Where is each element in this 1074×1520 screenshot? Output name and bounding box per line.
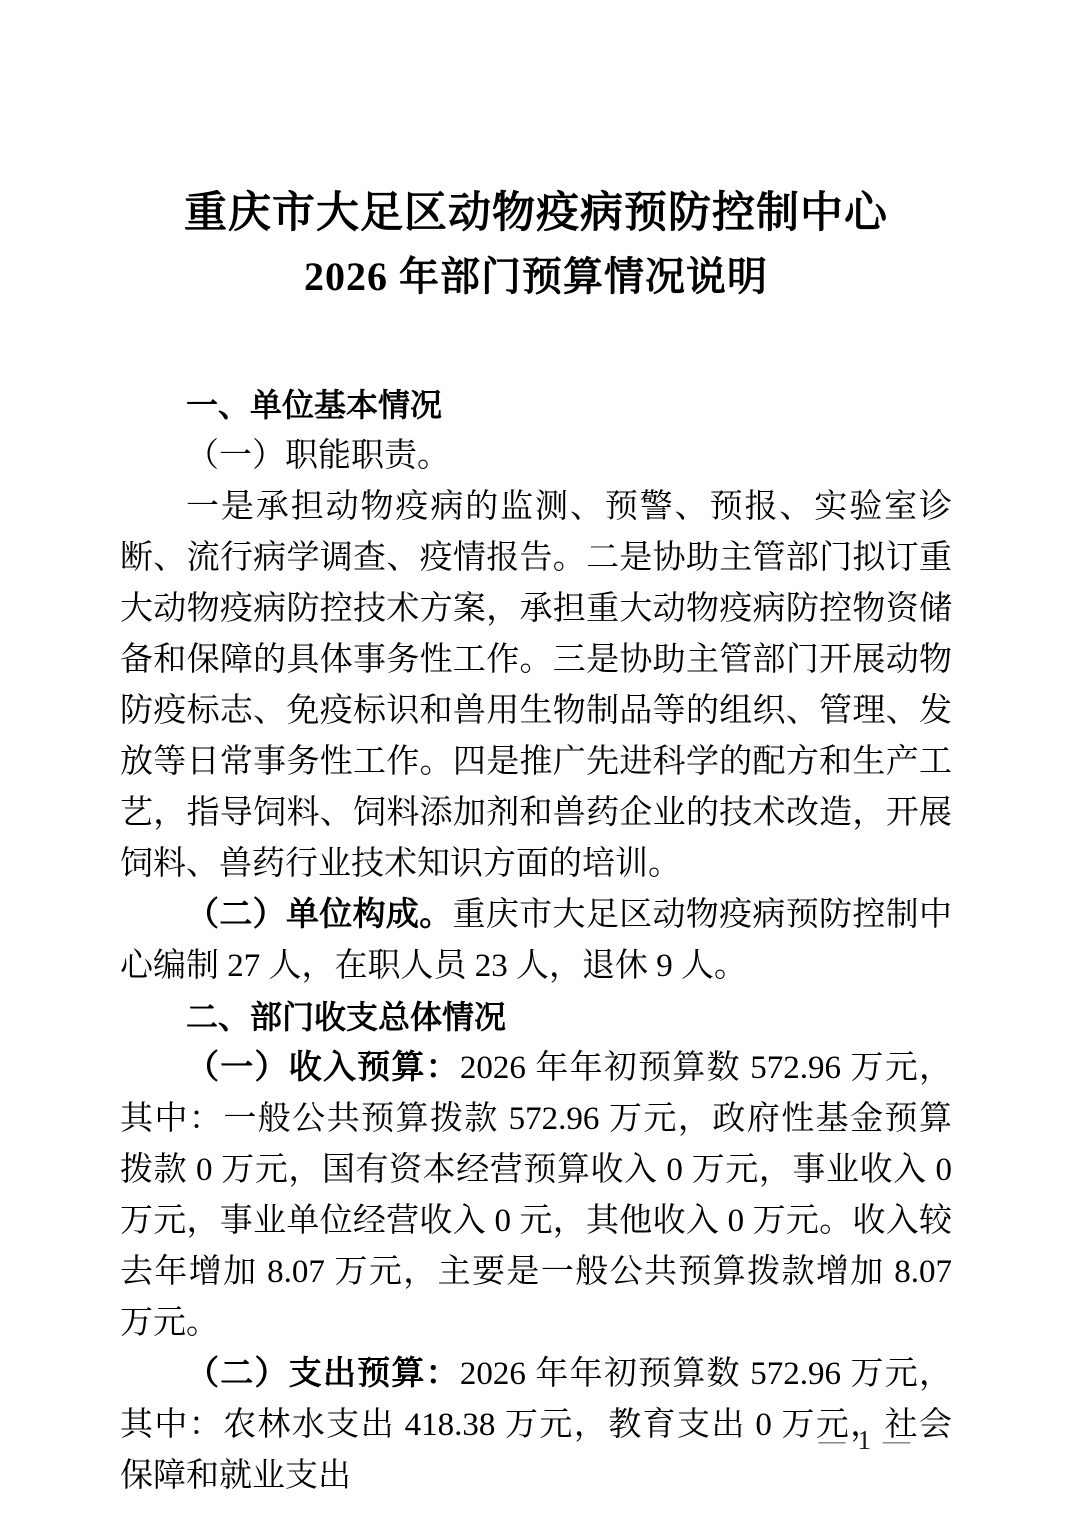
section2-expense-lead: （二）支出预算：: [186, 1356, 460, 1392]
footer-page-number: 1: [858, 1425, 872, 1455]
section2-income-paragraph: （一）收入预算：2026 年年初预算数 572.96 万元，其中：一般公共预算拨…: [120, 1043, 952, 1349]
document-body: 一、单位基本情况 （一）职能职责。 一是承担动物疫病的监测、预警、预报、实验室诊…: [120, 380, 952, 1502]
page-number-footer: —1—: [807, 1425, 923, 1456]
section1-heading: 一、单位基本情况: [120, 380, 952, 431]
section1-functions-subheading: （一）职能职责。: [120, 431, 952, 482]
section1-composition-lead: （二）单位构成。: [186, 897, 453, 933]
section2-income-lead: （一）收入预算：: [186, 1050, 460, 1086]
document-title-line2: 2026 年部门预算情况说明: [120, 245, 952, 308]
document-title: 重庆市大足区动物疫病预防控制中心 2026 年部门预算情况说明: [120, 182, 952, 308]
footer-left-dash: —: [819, 1425, 846, 1455]
section1-composition-paragraph: （二）单位构成。重庆市大足区动物疫病预防控制中心编制 27 人，在职人员 23 …: [120, 890, 952, 992]
section2-heading: 二、部门收支总体情况: [120, 992, 952, 1043]
document-page: 重庆市大足区动物疫病预防控制中心 2026 年部门预算情况说明 一、单位基本情况…: [0, 0, 1074, 1520]
section2-income-text: 2026 年年初预算数 572.96 万元，其中：一般公共预算拨款 572.96…: [120, 1050, 952, 1341]
footer-right-dash: —: [883, 1425, 910, 1455]
section1-functions-paragraph: 一是承担动物疫病的监测、预警、预报、实验室诊断、流行病学调查、疫情报告。二是协助…: [120, 482, 952, 890]
document-title-line1: 重庆市大足区动物疫病预防控制中心: [120, 182, 952, 245]
